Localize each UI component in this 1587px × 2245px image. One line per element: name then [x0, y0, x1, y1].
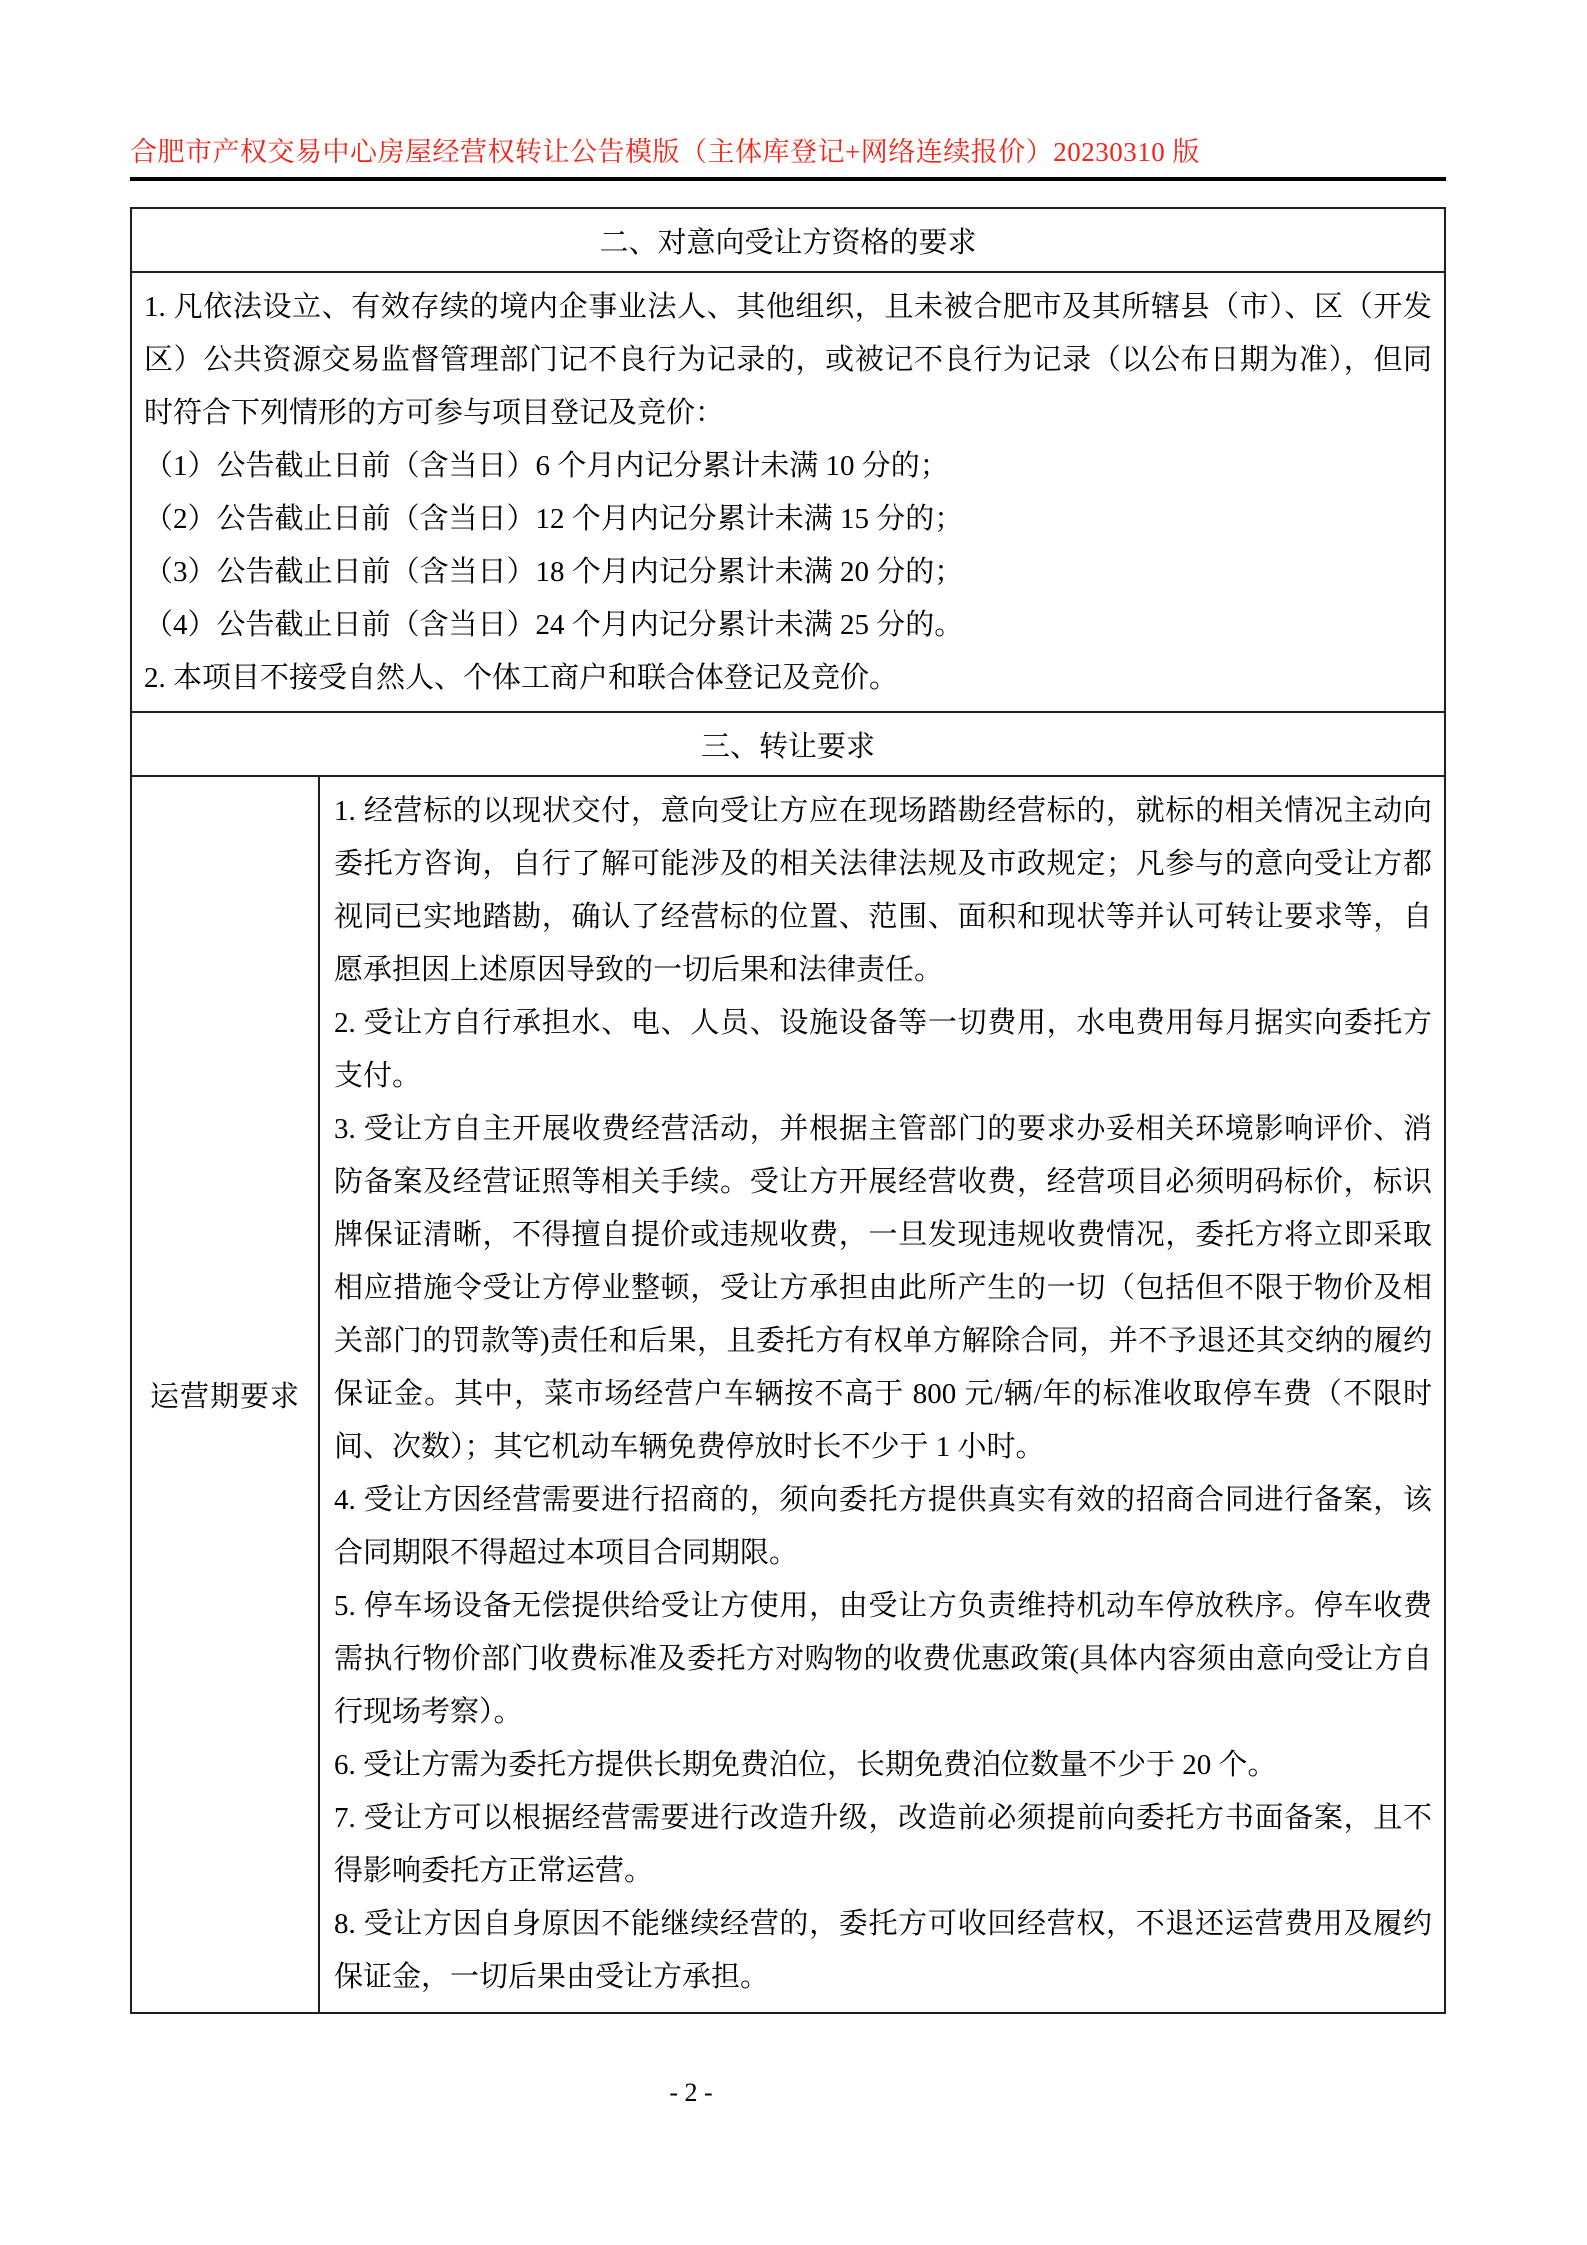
page-number: - 2 -	[0, 2078, 1382, 2108]
announcement-table: 二、对意向受让方资格的要求 1. 凡依法设立、有效存续的境内企事业法人、其他组织…	[130, 207, 1446, 2014]
requirement-item-5: 5. 停车场设备无偿提供给受让方使用，由受让方负责维持机动车停放秩序。停车收费需…	[334, 1580, 1432, 1739]
section2-condition-2: （2）公告截止日前（含当日）12 个月内记分累计未满 15 分的；	[144, 493, 1432, 546]
document-page: 合肥市产权交易中心房屋经营权转让公告模版（主体库登记+网络连续报价）202303…	[0, 0, 1587, 2245]
title-underline-rule	[130, 177, 1446, 181]
section2-condition-4: （4）公告截止日前（含当日）24 个月内记分累计未满 25 分的。	[144, 599, 1432, 652]
section2-condition-1: （1）公告截止日前（含当日）6 个月内记分累计未满 10 分的；	[144, 440, 1432, 493]
section2-paragraph: 1. 凡依法设立、有效存续的境内企事业法人、其他组织，且未被合肥市及其所辖县（市…	[144, 281, 1432, 440]
requirement-item-7: 7. 受让方可以根据经营需要进行改造升级，改造前必须提前向委托方书面备案，且不得…	[334, 1792, 1432, 1898]
section3-row: 运营期要求 1. 经营标的以现状交付，意向受让方应在现场踏勘经营标的，就标的相关…	[132, 777, 1444, 2012]
section2-condition-3: （3）公告截止日前（含当日）18 个月内记分累计未满 20 分的；	[144, 546, 1432, 599]
doc-title: 合肥市产权交易中心房屋经营权转让公告模版（主体库登记+网络连续报价）202303…	[130, 134, 1446, 170]
operation-period-label: 运营期要求	[132, 777, 320, 2012]
section3-heading: 三、转让要求	[132, 713, 1444, 777]
requirement-item-1: 1. 经营标的以现状交付，意向受让方应在现场踏勘经营标的，就标的相关情况主动向委…	[334, 785, 1432, 997]
requirement-item-6: 6. 受让方需为委托方提供长期免费泊位，长期免费泊位数量不少于 20 个。	[334, 1739, 1432, 1792]
document-content: 合肥市产权交易中心房屋经营权转让公告模版（主体库登记+网络连续报价）202303…	[130, 134, 1446, 2014]
transfer-requirements-cell: 1. 经营标的以现状交付，意向受让方应在现场踏勘经营标的，就标的相关情况主动向委…	[320, 777, 1444, 2012]
section2-heading: 二、对意向受让方资格的要求	[132, 209, 1444, 273]
section2-body: 1. 凡依法设立、有效存续的境内企事业法人、其他组织，且未被合肥市及其所辖县（市…	[132, 273, 1444, 713]
requirement-item-4: 4. 受让方因经营需要进行招商的，须向委托方提供真实有效的招商合同进行备案，该合…	[334, 1474, 1432, 1580]
requirement-item-8: 8. 受让方因自身原因不能继续经营的，委托方可收回经营权，不退还运营费用及履约保…	[334, 1898, 1432, 2004]
requirement-item-3: 3. 受让方自主开展收费经营活动，并根据主管部门的要求办妥相关环境影响评价、消防…	[334, 1103, 1432, 1474]
section2-paragraph-2: 2. 本项目不接受自然人、个体工商户和联合体登记及竞价。	[144, 652, 1432, 705]
requirement-item-2: 2. 受让方自行承担水、电、人员、设施设备等一切费用，水电费用每月据实向委托方支…	[334, 997, 1432, 1103]
